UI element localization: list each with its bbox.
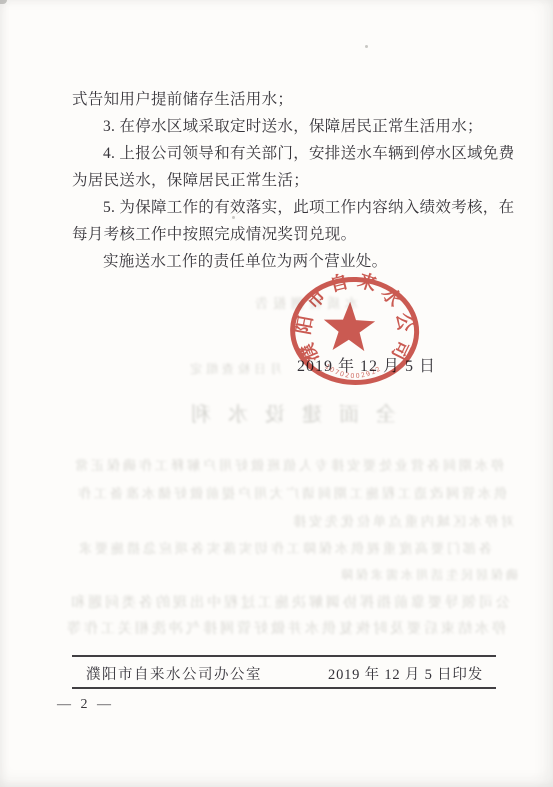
bleedthrough-line: 停水结束后要及时恢复供水并做好管网排气冲洗相关工作等 — [36, 618, 506, 638]
body-line: 4. 上报公司领导和有关部门，安排送水车辆到停水区域免费 — [72, 140, 512, 167]
bleedthrough-line: 全面建设水利 — [158, 398, 396, 427]
page-number: — 2 — — [57, 697, 114, 713]
footer-office-name: 濮阳市自来水公司办公室 — [86, 663, 262, 684]
bleedthrough-line: 对停水区域内重点单位优先安排 — [226, 511, 514, 530]
body-line: 5. 为保障工作的有效落实，此项工作内容纳入绩效考核，在 — [72, 194, 512, 221]
scan-corner-artifact — [0, 0, 7, 4]
body-line: 为居民送水，保障居民正常生活； — [72, 167, 512, 194]
footer-rule-bottom — [72, 687, 496, 689]
official-seal: 濮阳市自来水公司 10702002922 — [281, 270, 430, 400]
body-line: 3. 在停水区域采取定时送水，保障居民正常生活用水； — [72, 113, 512, 140]
footer-row: 濮阳市自来水公司办公室 2019 年 12 月 5 日印发 — [72, 663, 496, 681]
bleedthrough-line: 停水期间各营业处要安排专人值班做好用户解释工作确保正常 — [36, 455, 504, 474]
bleedthrough-line: 确保居民生活用水需求保障 — [296, 566, 518, 583]
body-line: 每月考核工作中按照完成情况奖罚兑现。 — [72, 221, 512, 248]
scanned-document-page: 水质检测报告月日检查组定全面建设水利停水期间各营业处要安排专人值班做好用户解释工… — [0, 0, 553, 787]
bleedthrough-line: 各部门要高度重视供水保障工作切实落实各项应急措施要求 — [30, 538, 492, 557]
footer-issue-date: 2019 年 12 月 5 日印发 — [328, 663, 483, 684]
bleedthrough-line: 公司领导要靠前指挥协调解决施工过程中出现的各类问题和 — [32, 592, 510, 612]
bleedthrough-line: 供水管网改造工程施工期间请广大用户提前做好储水准备工作 — [55, 483, 507, 502]
footer-rule-top — [72, 655, 496, 657]
scan-speck — [365, 45, 368, 48]
seal-star-icon — [323, 301, 376, 352]
bleedthrough-line: 月日检查组定 — [142, 360, 282, 377]
body-text: 式告知用户提前储存生活用水；3. 在停水区域采取定时送水，保障居民正常生活用水；… — [72, 86, 512, 275]
body-line: 式告知用户提前储存生活用水； — [72, 86, 512, 113]
